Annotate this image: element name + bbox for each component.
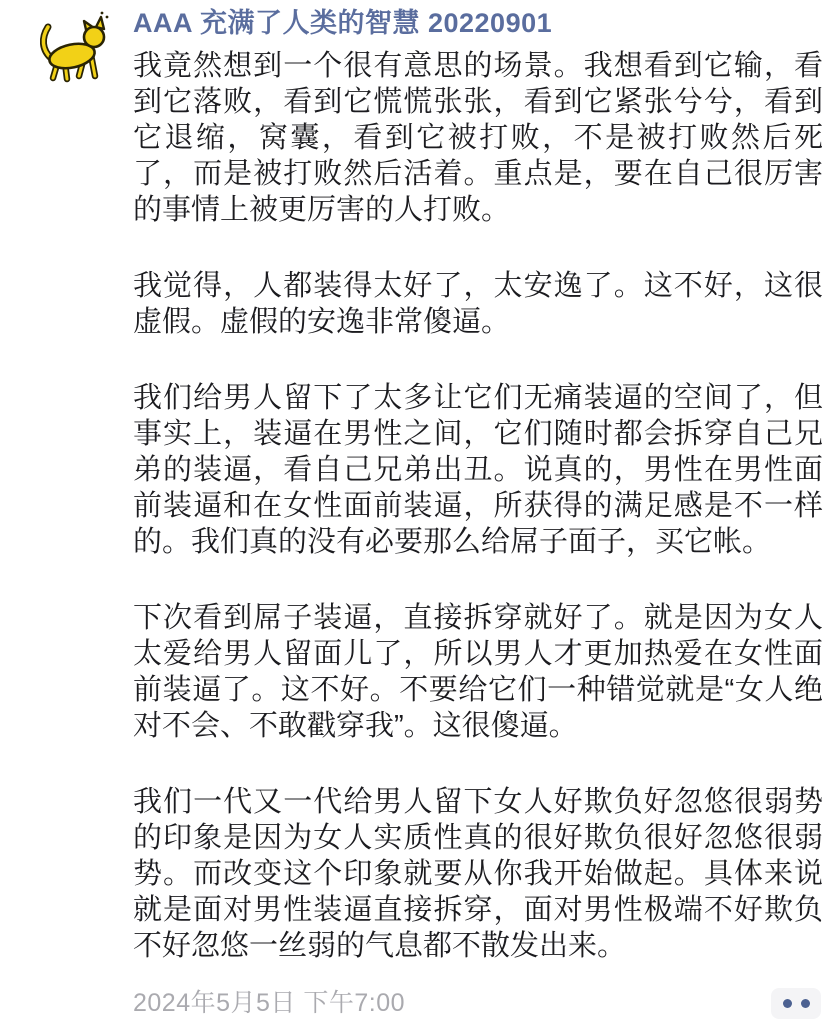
channel-post: AAA 充满了人类的智慧 20220901 我竟然想到一个很有意思的场景。我想看… [0,0,831,1019]
two-dots-icon [783,999,792,1008]
post-content: AAA 充满了人类的智慧 20220901 我竟然想到一个很有意思的场景。我想看… [133,6,823,1019]
paragraph-4: 下次看到屌子装逼，直接拆穿就好了。就是因为女人太爱给男人留面儿了，所以男人才更加… [133,600,823,744]
paragraph-5: 我们一代又一代给男人留下女人好欺负好忽悠很弱势的印象是因为女人实质性真的很好欺负… [133,784,823,964]
paragraph-1: 我竟然想到一个很有意思的场景。我想看到它输，看到它落败，看到它慌慌张张，看到它紧… [133,48,823,228]
avatar[interactable] [28,6,112,90]
paragraph-2: 我觉得，人都装得太好了，太安逸了。这不好，这很虚假。虚假的安逸非常傻逼。 [133,268,823,340]
post-text: 我竟然想到一个很有意思的场景。我想看到它输，看到它落败，看到它慌慌张张，看到它紧… [133,48,823,964]
paragraph-3: 我们给男人留下了太多让它们无痛装逼的空间了，但事实上，装逼在男性之间，它们随时都… [133,380,823,560]
two-dots-icon [801,999,810,1008]
channel-title[interactable]: AAA 充满了人类的智慧 20220901 [133,6,823,40]
post-footer: 2024年5月5日 下午7:00 [133,988,823,1019]
yellow-cat-icon [28,6,112,90]
timestamp: 2024年5月5日 下午7:00 [133,988,405,1019]
more-options-button[interactable] [771,988,821,1019]
